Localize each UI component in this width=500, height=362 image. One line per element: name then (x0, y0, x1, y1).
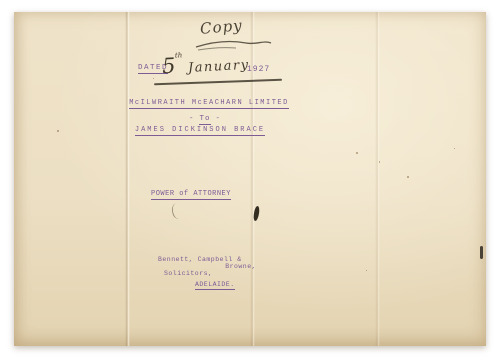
party-to: JAMES DICKINSON BRACE (116, 126, 284, 134)
firm-name-line1: Bennett, Campbell & (158, 256, 242, 263)
document-title: POWER of ATTORNEY (151, 190, 231, 198)
to-word: To (199, 115, 210, 125)
paper-speck (454, 148, 455, 149)
party-from-text: McILWRAITH McEACHARN LIMITED (129, 99, 289, 109)
dash-left: - (189, 115, 195, 123)
edge-ink-mark (480, 246, 483, 259)
fold-crease (250, 12, 255, 346)
handwritten-date: 5th January (161, 48, 250, 79)
paper-speck (407, 176, 409, 178)
fold-crease (375, 12, 380, 346)
firm-role: Solicitors, (164, 270, 212, 277)
paper-speck (356, 152, 358, 154)
firm-city: ADELAIDE. (195, 281, 235, 290)
pencil-mark (170, 202, 185, 220)
paper-speck (366, 270, 367, 271)
paper-speck (57, 130, 59, 132)
fold-crease (125, 12, 130, 346)
ink-blot (253, 206, 260, 221)
paper-speck (379, 161, 380, 163)
copy-annotation: Copy (199, 16, 243, 38)
date-underline-stroke (154, 79, 282, 85)
firm-name-line2: Browne, (225, 263, 256, 270)
dash-right: - (216, 115, 222, 123)
document-title-text: POWER of ATTORNEY (151, 190, 231, 200)
to-separator-line: -To- (121, 115, 289, 123)
party-from: McILWRAITH McEACHARN LIMITED (125, 99, 293, 107)
party-to-text: JAMES DICKINSON BRACE (135, 126, 265, 136)
date-year: 1927 (247, 65, 270, 74)
paper: Copy DATED 5th January 1927 McILWRAITH M… (14, 12, 486, 346)
date-day-suffix: th (175, 51, 183, 59)
date-month: January (188, 58, 250, 76)
paper-speck (153, 78, 154, 79)
